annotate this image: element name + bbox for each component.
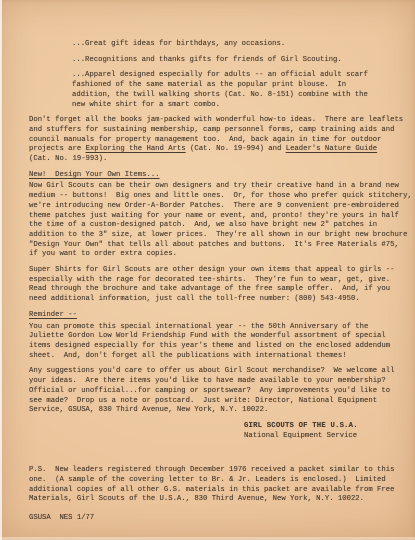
text-line: especially with the rage for decorated t… xyxy=(29,276,415,286)
design-your-own-heading: New! Design Your Own Items... xyxy=(29,171,415,181)
text-line: new white shirt for a smart combo. xyxy=(72,101,415,111)
text-line: Official or unofficial...for camping or … xyxy=(29,387,415,397)
suggestions-paragraph: Any suggestions you'd care to offer us a… xyxy=(29,367,415,416)
text-line: Juliette Gordon Low World Friendship Fun… xyxy=(29,332,415,342)
text-line: Now Girl Scouts can be their own designe… xyxy=(29,182,415,192)
reminder-paragraph: You can promote this special internation… xyxy=(29,323,415,362)
gift-ideas-item-2: ...Recognitions and thanks gifts for fri… xyxy=(29,56,415,66)
text-line: New! Design Your Own Items... xyxy=(29,171,415,181)
text-line: medium -- buttons! Big ones and little o… xyxy=(29,192,415,202)
text-line: "Design Your Own" that tells all about p… xyxy=(29,241,415,251)
text-line: (Cat. No. 19-993). xyxy=(29,155,415,165)
text-line: council manuals for property management … xyxy=(29,136,415,146)
signature-block: GIRL SCOUTS OF THE U.S.A.National Equipm… xyxy=(244,422,415,441)
text-line: ...Recognitions and thanks gifts for fri… xyxy=(72,56,415,66)
super-shirts-paragraph: Super Shirts for Girl Scouts are other d… xyxy=(29,266,415,305)
text-line: Don't forget all the books jam-packed wi… xyxy=(29,116,415,126)
text-line: P.S. New leaders registered through Dece… xyxy=(29,466,415,476)
text-line: Reminder -- xyxy=(29,311,415,321)
text-line: GIRL SCOUTS OF THE U.S.A. xyxy=(244,422,415,432)
text-line: addition, the twill walking shorts (Cat.… xyxy=(72,91,415,101)
footer-code: GSUSA NES 1/77 xyxy=(29,514,415,524)
text-line: ...Great gift ideas for birthdays, any o… xyxy=(72,40,415,50)
text-line: Super Shirts for Girl Scouts are other d… xyxy=(29,266,415,276)
text-line: Any suggestions you'd care to offer us a… xyxy=(29,367,415,377)
text-line: addition to the 3" size, at lower prices… xyxy=(29,231,415,241)
books-paragraph: Don't forget all the books jam-packed wi… xyxy=(29,116,415,165)
gift-ideas-item-1: ...Great gift ideas for birthdays, any o… xyxy=(29,40,415,50)
text-line: one. (A sample of the covering letter to… xyxy=(29,476,415,486)
text-line: ...Apparel designed especially for adult… xyxy=(72,71,415,81)
letter-body: ...Great gift ideas for birthdays, any o… xyxy=(29,40,415,524)
text-line: and stuffers for sustaining membership, … xyxy=(29,126,415,136)
text-line: items designed especially for this year'… xyxy=(29,342,415,352)
text-line: theme patches just waiting for your name… xyxy=(29,212,415,222)
text-line: Service, GSUSA, 830 Third Avenue, New Yo… xyxy=(29,406,415,416)
text-line: see made? Drop us a note or postcard. Ju… xyxy=(29,397,415,407)
text-line: sheet. And, don't forget all the publica… xyxy=(29,352,415,362)
letter-paper: ...Great gift ideas for birthdays, any o… xyxy=(0,0,415,540)
text-line: National Equipment Service xyxy=(244,432,415,442)
text-line: need additional information, just call t… xyxy=(29,295,415,305)
text-line: Materials, Girl Scouts of the U.S.A., 83… xyxy=(29,495,415,505)
text-line: fashioned of the same material as the po… xyxy=(72,81,415,91)
design-your-own-paragraph: Now Girl Scouts can be their own designe… xyxy=(29,182,415,260)
text-line: additional copies of all other G.S. mate… xyxy=(29,486,415,496)
text-line: projects are Exploring the Hand Arts (Ca… xyxy=(29,145,415,155)
text-line: GSUSA NES 1/77 xyxy=(29,514,415,524)
text-line: Read through the brochure and take advan… xyxy=(29,285,415,295)
text-line: we're introducing new Order-A-Border Pat… xyxy=(29,202,415,212)
text-line: your ideas. Are there items you'd like t… xyxy=(29,377,415,387)
text-line: the time of a custom-designed patch. And… xyxy=(29,221,415,231)
reminder-heading: Reminder -- xyxy=(29,311,415,321)
text-line: You can promote this special internation… xyxy=(29,323,415,333)
text-line: if you want to order extra copies. xyxy=(29,250,415,260)
ps-paragraph: P.S. New leaders registered through Dece… xyxy=(29,466,415,505)
gift-ideas-item-3: ...Apparel designed especially for adult… xyxy=(29,71,415,110)
